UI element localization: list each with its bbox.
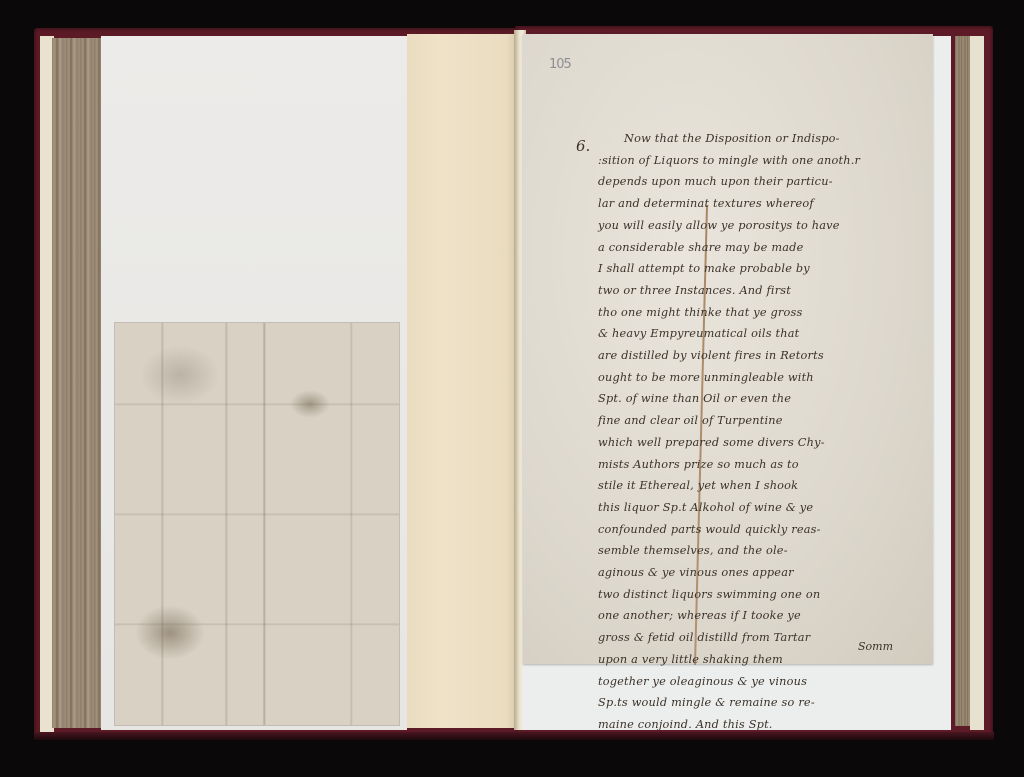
manuscript-line: aginous & ye vinous ones appear xyxy=(598,562,928,584)
manuscript-line: semble themselves, and the ole- xyxy=(598,540,928,562)
stain xyxy=(135,605,205,660)
manuscript-line: fine and clear oil of Turpentine xyxy=(598,410,928,432)
guard-strip xyxy=(407,34,517,728)
catchword: Somm xyxy=(858,640,893,653)
manuscript-line: Now that the Disposition or Indispo- xyxy=(598,128,928,150)
manuscript-line: ought to be more unmingleable with xyxy=(598,367,928,389)
manuscript-line: which well prepared some divers Chy- xyxy=(598,432,928,454)
manuscript-line: depends upon much upon their particu- xyxy=(598,171,928,193)
page-stack-edge-left xyxy=(52,38,102,728)
manuscript-line: two or three Instances. And first xyxy=(598,280,928,302)
page-stack-edge-right xyxy=(955,36,971,726)
manuscript-line: :sition of Liquors to mingle with one an… xyxy=(598,150,928,172)
manuscript-line: one another; whereas if I tooke ye xyxy=(598,605,928,627)
manuscript-line: I shall attempt to make probable by xyxy=(598,258,928,280)
section-number: 6. xyxy=(576,137,590,155)
manuscript-line: lar and determinat textures whereof xyxy=(598,193,928,215)
folio-number: 105 xyxy=(549,57,571,72)
manuscript-line: stile it Ethereal, yet when I shook xyxy=(598,475,928,497)
manuscript-line: a considerable share may be made xyxy=(598,237,928,259)
manuscript-line: tho one might thinke that ye gross xyxy=(598,302,928,324)
stain xyxy=(290,390,330,418)
binding-bottom-edge xyxy=(34,732,994,740)
manuscript-line: & heavy Empyreumatical oils that xyxy=(598,323,928,345)
endpaper-edge-right xyxy=(970,36,984,730)
manuscript-line: Spt. of wine than Oil or even the xyxy=(598,388,928,410)
manuscript-line: this liquor Sp.t Alkohol of wine & ye xyxy=(598,497,928,519)
manuscript-line: are distilled by violent fires in Retort… xyxy=(598,345,928,367)
manuscript-line: you will easily allow ye porositys to ha… xyxy=(598,215,928,237)
manuscript-line: two distinct liquors swimming one on xyxy=(598,584,928,606)
manuscript-line: mists Authors prize so much as to xyxy=(598,454,928,476)
manuscript-line: Sp.ts would mingle & remaine so re- xyxy=(598,692,928,714)
manuscript-line: confounded parts would quickly reas- xyxy=(598,519,928,541)
stain xyxy=(140,345,220,405)
manuscript-line: together ye oleaginous & ye vinous xyxy=(598,671,928,693)
